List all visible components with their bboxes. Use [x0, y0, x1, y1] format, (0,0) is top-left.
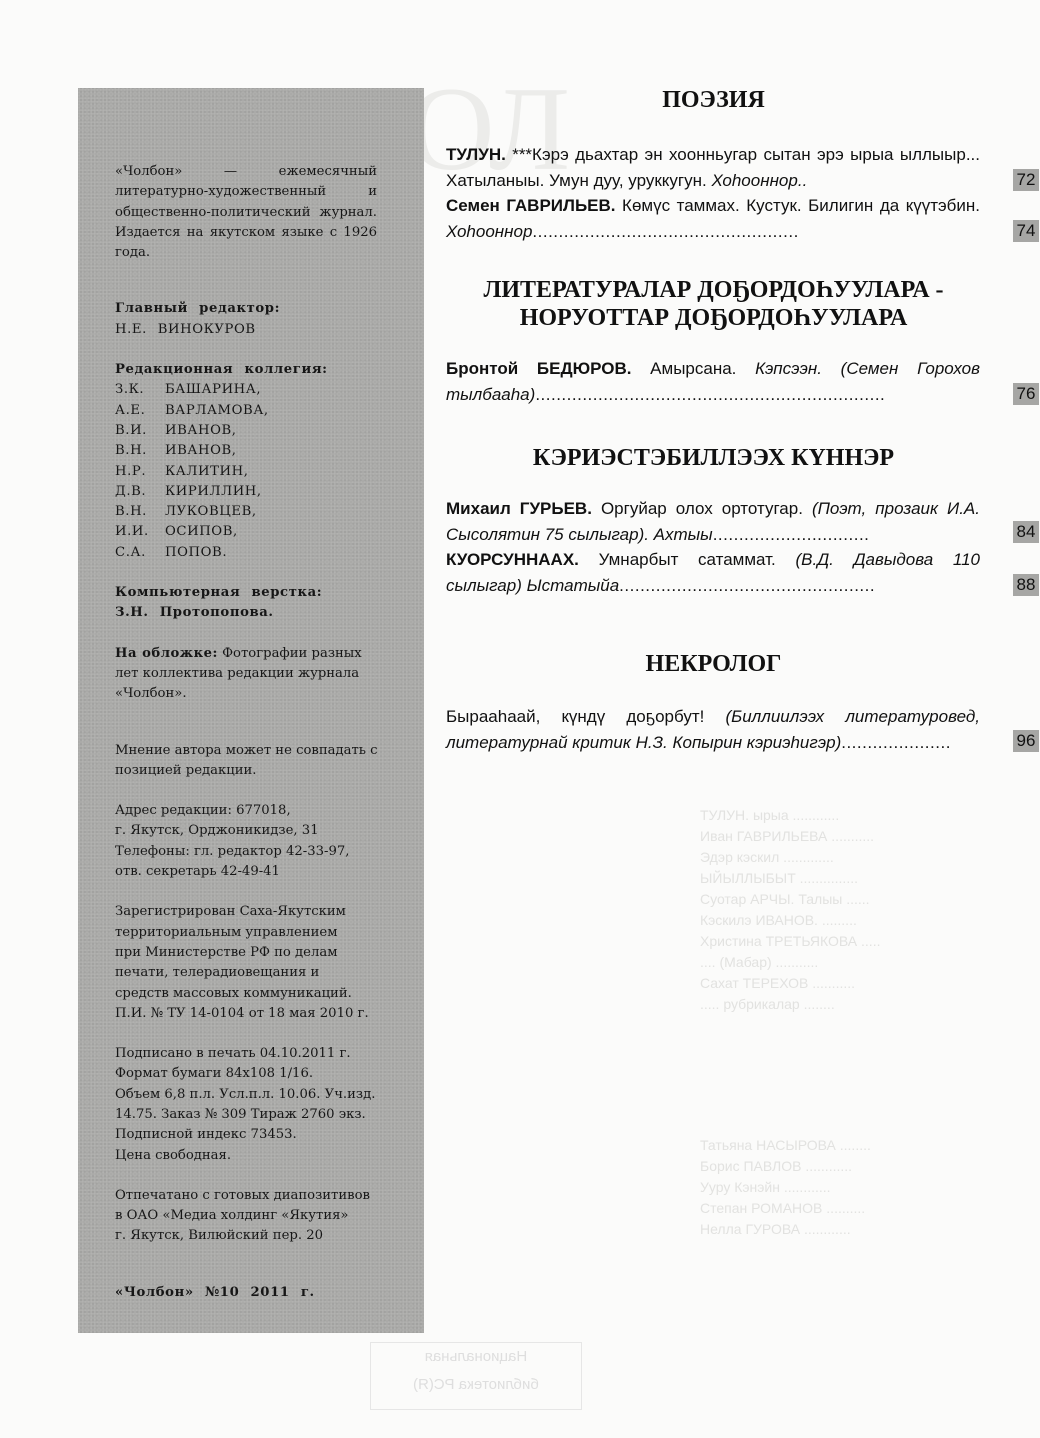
registration-info: Зарегистрирован Саха-Якутским территориа… [115, 902, 424, 1024]
entry-title: Амырсана. [631, 359, 755, 378]
layout-credit-name: З.Н. Протопопова. [115, 603, 424, 623]
section-title: НЕКРОЛОГ [446, 650, 981, 678]
board-member: А.Е.ВАРЛАМОВА, [115, 401, 424, 421]
toc-entry[interactable]: Семен ГАВРИЛЬЕВ. Көмүс таммах. Кустук. Б… [446, 193, 980, 244]
leader-dots: .............................. [713, 525, 870, 544]
toc-entry[interactable]: Бронтой БЕДЮРОВ. Амырсана. Кэпсээн. (Сем… [446, 356, 980, 407]
cover-note: На обложке: Фотографии разных лет коллек… [115, 644, 377, 705]
board-member: З.К.БАШАРИНА, [115, 380, 424, 400]
section-title: ПОЭЗИЯ [446, 86, 981, 114]
library-stamp-bleed: Национальнаябиблиотека РС(Я) [370, 1342, 582, 1410]
entry-title: Оргуйар олох ортотугар. [592, 499, 812, 518]
page-number: 76 [1013, 383, 1039, 405]
entry-genre: Хоhооннор [446, 222, 532, 241]
entry-author: Бронтой БЕДЮРОВ. [446, 359, 631, 378]
board-member: Д.В.КИРИЛЛИН, [115, 482, 424, 502]
issue-number: «Чолбон» №10 2011 г. [115, 1283, 424, 1303]
entry-author: Михаил ГУРЬЕВ. [446, 499, 592, 518]
leader-dots: ........................................… [532, 222, 798, 241]
printer-info: Отпечатано с готовых диапозитивов в ОАО … [115, 1186, 424, 1247]
editorial-board-list: З.К.БАШАРИНА, А.Е.ВАРЛАМОВА, В.И.ИВАНОВ,… [115, 380, 424, 563]
section-title: КЭРИЭСТЭБИЛЛЭЭХ КҮННЭР [446, 444, 981, 472]
entry-title: Көмүс таммах. Кустук. Билигин да күүтэби… [616, 196, 980, 215]
toc-section-poetry: ПОЭЗИЯ ТУЛУН. ***Кэрэ дьахтар эн хоонньу… [446, 86, 981, 244]
page-number: 96 [1013, 730, 1039, 752]
editorial-board-label: Редакционная коллегия: [115, 360, 424, 380]
page-number: 84 [1013, 521, 1039, 543]
editor-in-chief-name: Н.Е. ВИНОКУРОВ [115, 320, 424, 340]
entry-genre: Хоhооннор.. [711, 171, 807, 190]
editor-in-chief-label: Главный редактор: [115, 299, 424, 319]
leader-dots: ..................... [841, 733, 951, 752]
entry-author: ТУЛУН. [446, 145, 506, 164]
entry-title: Умнарбыт сатаммат. [579, 550, 796, 569]
leader-dots: ........................................… [619, 576, 875, 595]
toc-entry[interactable]: КУОРСУННААХ. Умнарбыт сатаммат. (В.Д. Да… [446, 547, 980, 598]
board-member: В.Н.ЛУКОВЦЕВ, [115, 502, 424, 522]
board-member: Н.Р.КАЛИТИН, [115, 462, 424, 482]
leader-dots: ........................................… [535, 385, 885, 404]
entry-author: Семен ГАВРИЛЬЕВ. [446, 196, 616, 215]
board-member: В.И.ИВАНОВ, [115, 421, 424, 441]
toc-section-obituary: НЕКРОЛОГ Бырааhаай, күндү доҕорбут! (Бил… [446, 650, 981, 755]
entry-author: КУОРСУННААХ. [446, 550, 579, 569]
bleed-through-text: ТУЛУН. ырыа ............ Иван ГАВРИЛЬЕВА… [700, 805, 880, 1015]
toc-entry[interactable]: Бырааhаай, күндү доҕорбут! (Биллиилээх л… [446, 704, 980, 755]
page-number: 72 [1013, 169, 1039, 191]
disclaimer: Мнение автора может не совпадать с позиц… [115, 741, 395, 782]
board-member: С.А.ПОПОВ. [115, 543, 424, 563]
board-member: В.Н.ИВАНОВ, [115, 441, 424, 461]
section-title: ЛИТЕРАТУРАЛАР ДОҔОРДОҺУУЛАРА - НОРУОТТАР… [446, 276, 981, 332]
imprint-panel: «Чолбон» — ежемесячный литературно-худож… [78, 88, 424, 1333]
toc-section-literary-friendship: ЛИТЕРАТУРАЛАР ДОҔОРДОҺУУЛАРА - НОРУОТТАР… [446, 276, 981, 407]
journal-description: «Чолбон» — ежемесячный литературно-худож… [115, 162, 377, 263]
entry-title: Бырааhаай, күндү доҕорбут! [446, 707, 726, 726]
print-details: Подписано в печать 04.10.2011 г. Формат … [115, 1044, 424, 1166]
board-member: И.И.ОСИПОВ, [115, 522, 424, 542]
editorial-address: Адрес редакции: 677018, г. Якутск, Орджо… [115, 801, 424, 882]
page-number: 74 [1013, 220, 1039, 242]
page-number: 88 [1013, 574, 1039, 596]
bleed-through-text-2: Татьяна НАСЫРОВА ........ Борис ПАВЛОВ .… [700, 1135, 871, 1240]
layout-credit-label: Компьютерная верстка: [115, 583, 424, 603]
toc-entry[interactable]: ТУЛУН. ***Кэрэ дьахтар эн хоонньугар сыт… [446, 142, 980, 193]
toc-section-memorable-days: КЭРИЭСТЭБИЛЛЭЭХ КҮННЭР Михаил ГУРЬЕВ. Ор… [446, 444, 981, 598]
toc-entry[interactable]: Михаил ГУРЬЕВ. Оргуйар олох ортотугар. (… [446, 496, 980, 547]
